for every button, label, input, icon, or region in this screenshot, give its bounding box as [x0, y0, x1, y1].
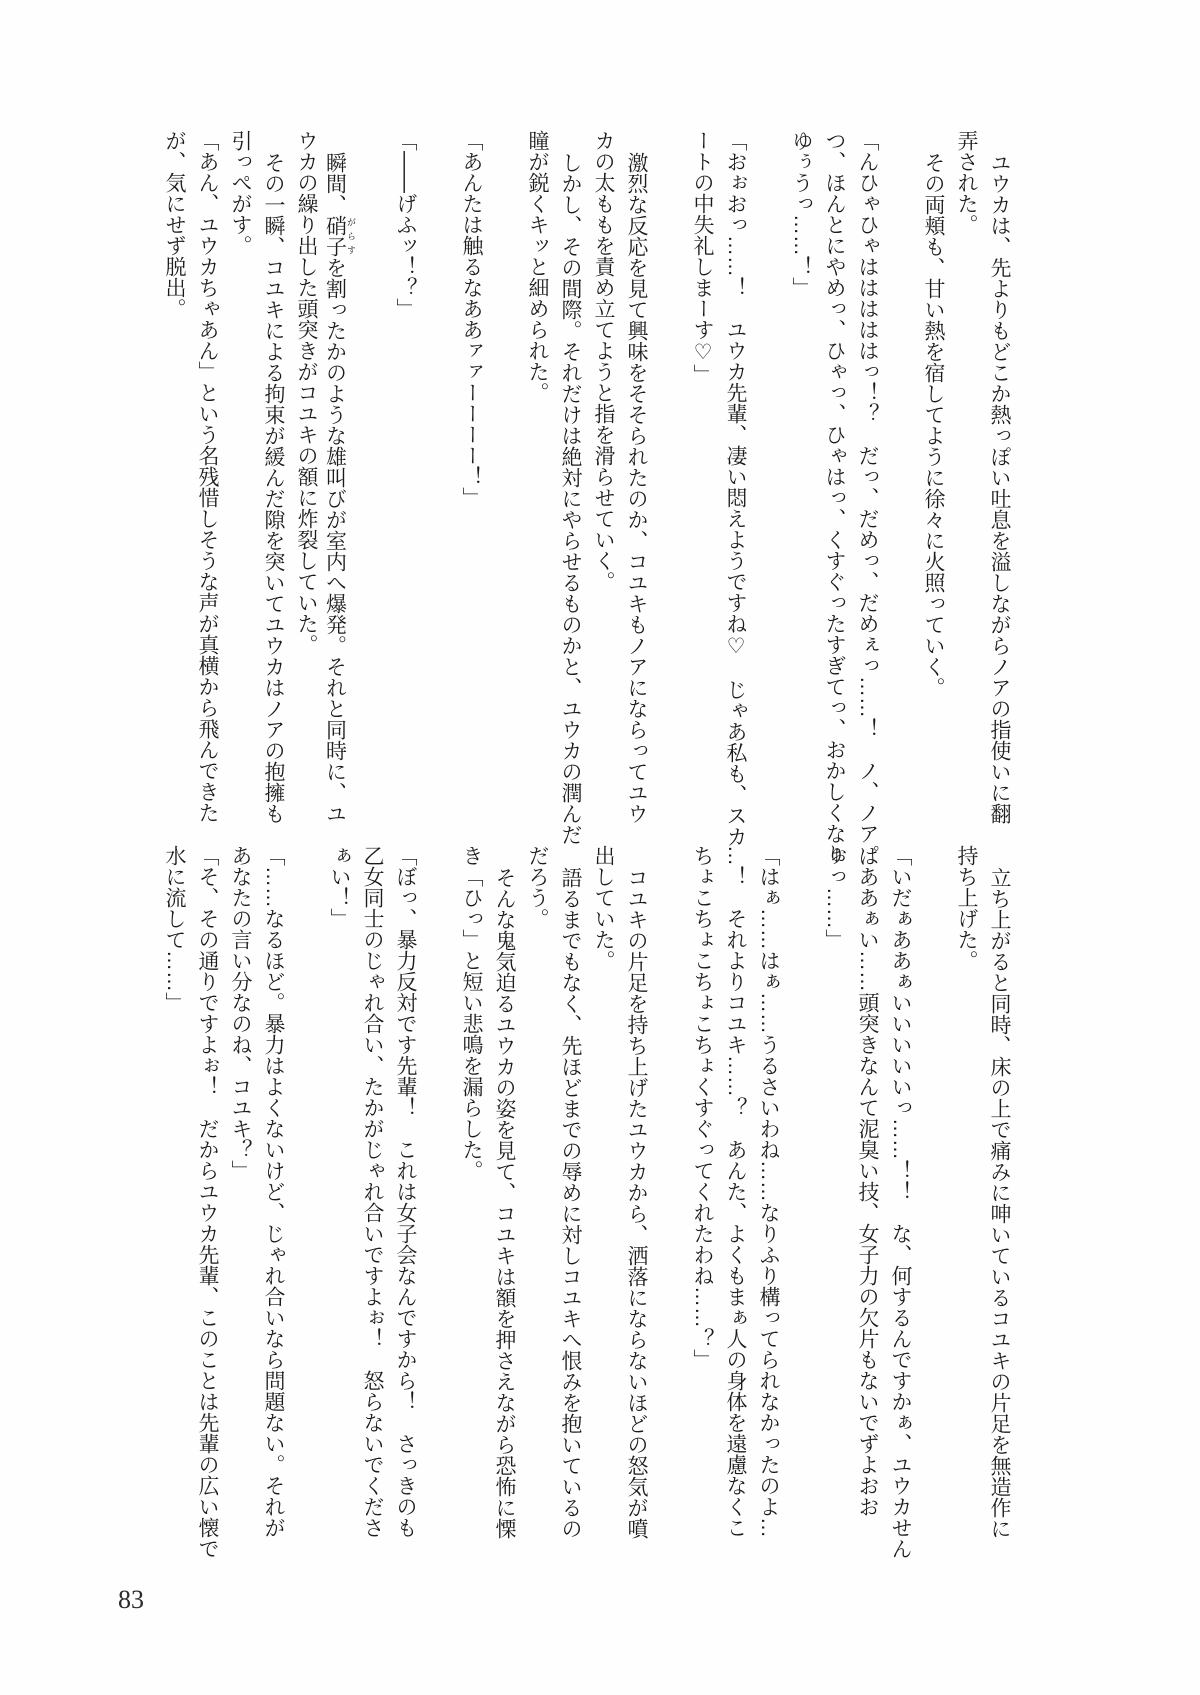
- text-line: ぱああぁい……頭突きなんて泥臭い技、女子力の欠片もないでずよおお: [851, 845, 884, 1571]
- blank-line: [422, 845, 455, 1571]
- text-line: しかし、その間際。それだけは絶対にやらせるものかと、ユウカの潤んだ: [554, 130, 587, 830]
- blank-line: [752, 130, 785, 830]
- manuscript-page: ユウカは、先よりもどこか熱っぽい吐息を溢しながらノアの指使いに翻弄された。その両…: [0, 0, 1200, 1695]
- blank-line: [356, 130, 389, 830]
- blank-line: [785, 845, 818, 1571]
- text-line: 語るまでもなく、先ほどまでの辱めに対しコユキへ恨みを抱いているの: [554, 845, 587, 1571]
- text-line: つ、ほんとにやめっ、ひゃっ、ひゃはっ、くすぐったすぎてっ、おかしくなり: [818, 130, 851, 830]
- ruby-annotated-word: 硝子がらす: [324, 215, 347, 257]
- blank-line: [488, 130, 521, 830]
- text-line: 立ち上がると同時、床の上で痛みに呻いているコユキの片足を無造作に: [983, 845, 1016, 1571]
- text-line: 「はぁ……はぁ……うるさいわね……なりふり構ってられなかったのよ…: [752, 845, 785, 1571]
- text-line: 「いだぁああぁいいいいいっ……！！ な、何するんですかぁ、ユウカせん: [884, 845, 917, 1571]
- blank-line: [422, 130, 455, 830]
- text-line: だろう。: [521, 845, 554, 1571]
- page-number: 83: [118, 1585, 144, 1615]
- text-line: 「――げふッ！？」: [389, 130, 422, 830]
- text-line: 「おぉおっ……！ ユウカ先輩、凄い悶えようですね♡ じゃあ私も、スカ: [719, 130, 752, 830]
- text-line: その一瞬、コユキによる拘束が緩んだ隙を突いてユウカはノアの抱擁も: [257, 130, 290, 830]
- text-line: その両頬も、甘い熱を宿してように徐々に火照っていく。: [917, 130, 950, 830]
- text-line: ゆぅうっ……！」: [785, 130, 818, 830]
- text-line: 「……なるほど。暴力はよくないけど、じゃれ合いなら問題ない。それが: [257, 845, 290, 1571]
- text-line: 「そ、その通りですよぉ！ だからユウカ先輩、このことは先輩の広い懐で: [191, 845, 224, 1571]
- text-line: 引っぺがす。: [224, 130, 257, 830]
- text-line: 瞳が鋭くキッと細められた。: [521, 130, 554, 830]
- text-line: …！ それよりコユキ……？ あんた、よくもまぁ人の身体を遠慮なくこ: [719, 845, 752, 1571]
- text-line: ぁい！」: [323, 845, 356, 1571]
- blank-line: [653, 130, 686, 830]
- text-line: ちょこちょこちょこちょくすぐってくれたわね……？」: [686, 845, 719, 1571]
- text-line: 出していた。: [587, 845, 620, 1571]
- text-line: 「あんたは触るなああァァーーーー！」: [455, 130, 488, 830]
- text-line: 瞬間、硝子がらすを割ったかのような雄叫びが室内へ爆発。それと同時に、ユ: [323, 130, 356, 830]
- text-line: 持ち上げた。: [950, 845, 983, 1571]
- text-line: ぉっ……」: [818, 845, 851, 1571]
- text-line: そんな鬼気迫るユウカの姿を見て、コユキは額を押さえながら恐怖に慄: [488, 845, 521, 1571]
- text-line: コユキの片足を持ち上げたユウカから、洒落にならないほどの怒気が噴: [620, 845, 653, 1571]
- text-line: 「ぼっ、暴力反対です先輩！ これは女子会なんですから！ さっきのも: [389, 845, 422, 1571]
- text-line: ユウカは、先よりもどこか熱っぽい吐息を溢しながらノアの指使いに翻: [983, 130, 1016, 830]
- text-line: 「んひゃひゃはははははっ！？ だっ、だめっ、だめぇっ……！ ノ、ノア: [851, 130, 884, 830]
- text-line: 水に流して……」: [158, 845, 191, 1571]
- text-line: カの太ももを責め立てようと指を滑らせていく。: [587, 130, 620, 830]
- blank-line: [917, 845, 950, 1571]
- text-line: き「ひっ」と短い悲鳴を漏らした。: [455, 845, 488, 1571]
- text-line: 乙女同士のじゃれ合い、たかがじゃれ合いですよぉ！ 怒らないでくださ: [356, 845, 389, 1571]
- text-line: 弄された。: [950, 130, 983, 830]
- text-block-bottom: 立ち上がると同時、床の上で痛みに呻いているコユキの片足を無造作に持ち上げた。「い…: [158, 845, 1016, 1571]
- blank-line: [290, 845, 323, 1571]
- blank-line: [884, 130, 917, 830]
- text-block-top: ユウカは、先よりもどこか熱っぽい吐息を溢しながらノアの指使いに翻弄された。その両…: [158, 130, 1016, 830]
- text-line: あなたの言い分なのね、コユキ？」: [224, 845, 257, 1571]
- text-line: が、気にせず脱出。: [158, 130, 191, 830]
- blank-line: [653, 845, 686, 1571]
- text-line: 「あん、ユウカちゃあん」という名残惜しそうな声が真横から飛んできた: [191, 130, 224, 830]
- text-line: ートの中失礼しまーす♡」: [686, 130, 719, 830]
- text-line: 激烈な反応を見て興味をそそられたのか、コユキもノアにならってユウ: [620, 130, 653, 830]
